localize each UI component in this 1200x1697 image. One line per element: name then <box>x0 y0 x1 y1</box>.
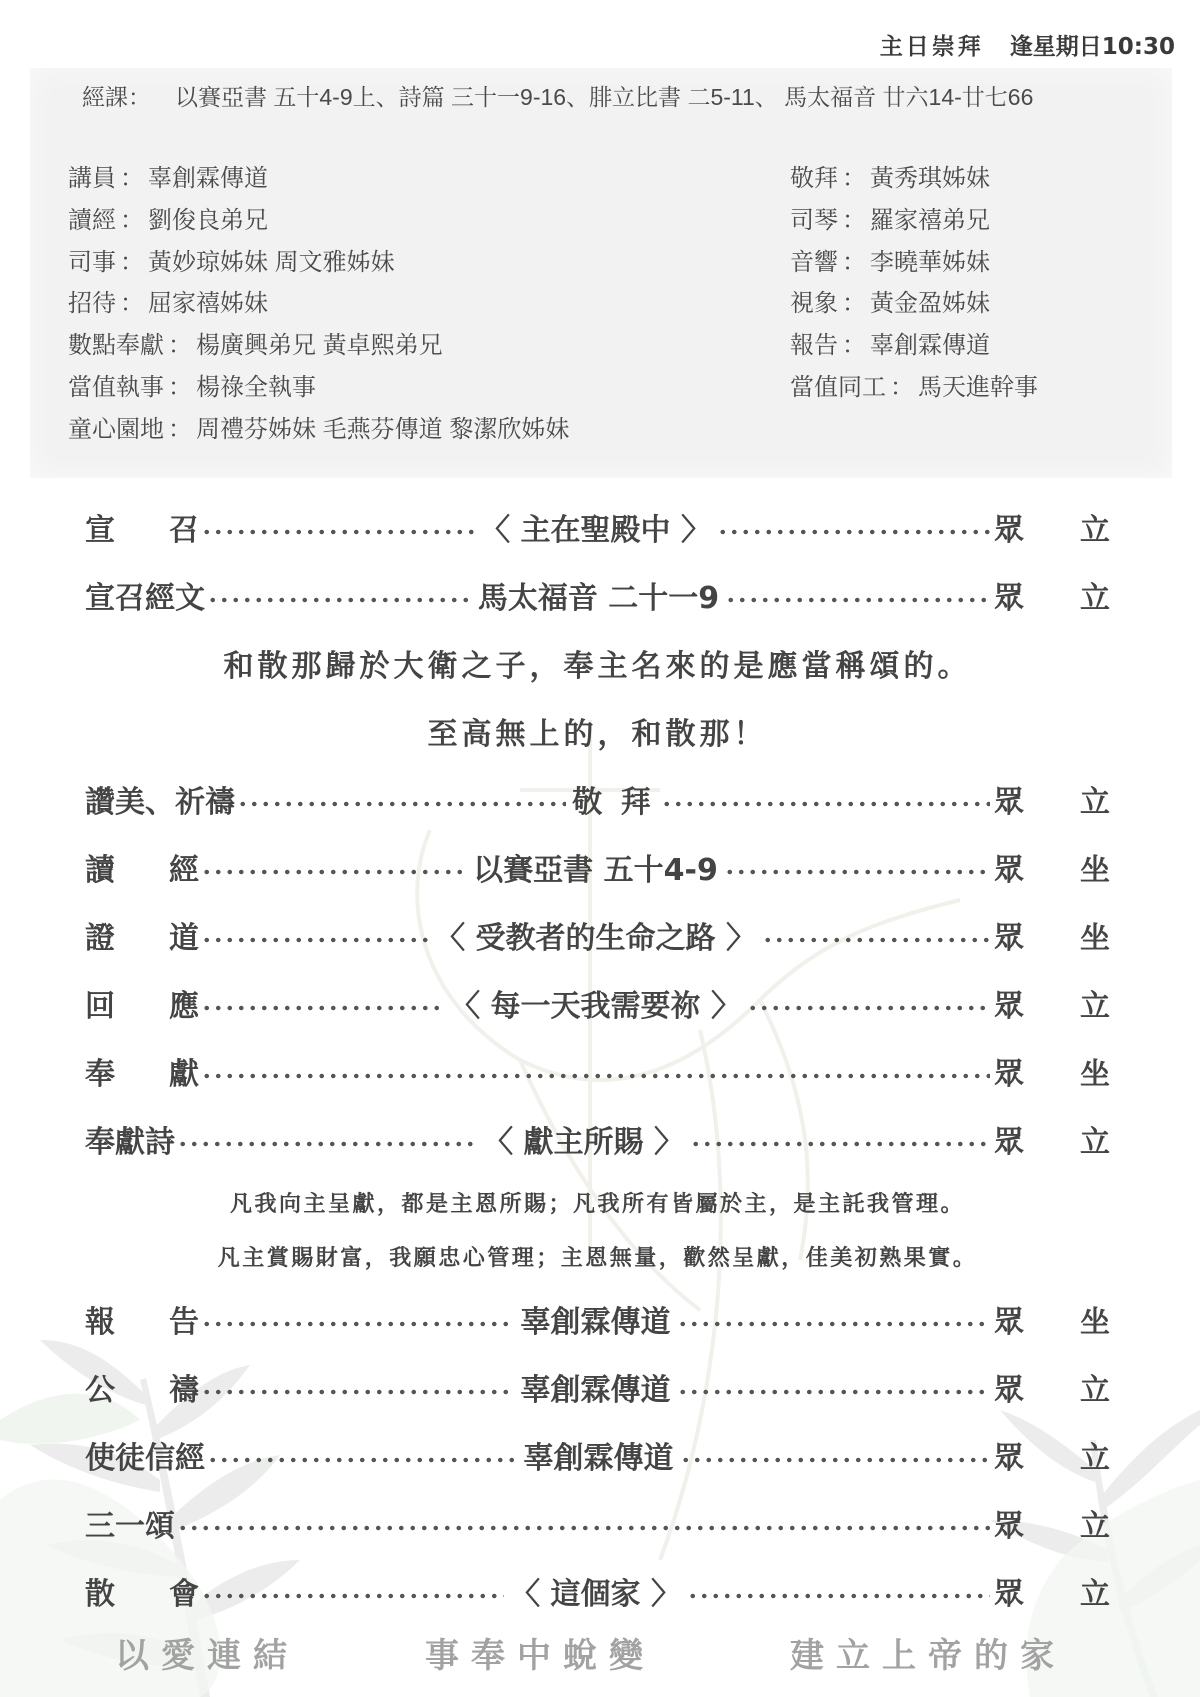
role-separator: ： <box>842 290 866 317</box>
item-label: 使徒信經 <box>85 1433 205 1477</box>
roles-right-column: 敬拜：黃秀琪姊妹 司琴：羅家禧弟兄 音響：李曉華姊妹 視象：黃金盈姊妹 報告：辜… <box>790 162 1038 413</box>
role-row: 視象：黃金盈姊妹 <box>790 287 1038 329</box>
leader-dots <box>677 1320 991 1328</box>
service-item-scripture-reading: 讀經 以賽亞書 五十4-9 眾坐 <box>85 845 1110 889</box>
service-item-offertory-hymn: 奉獻詩 〈 獻主所賜 〉 眾立 <box>85 1117 1110 1161</box>
leader-dots <box>201 1320 515 1328</box>
roles-left-column: 講員：辜創霖傳道 讀經：劉俊良弟兄 司事：黃妙琼姊妹 周文雅姊妹 招待：屈家禧姊… <box>68 162 569 455</box>
item-detail: 以賽亞書 五十4-9 <box>469 845 722 889</box>
leader-dots <box>725 596 990 604</box>
item-label: 三一頌 <box>85 1501 175 1545</box>
leader-dots <box>747 1004 990 1012</box>
role-label: 司事 <box>68 249 116 276</box>
leader-dots <box>201 936 429 944</box>
service-schedule: 逢星期日10:30 <box>1010 34 1175 60</box>
service-item-doxology: 三一頌 眾立 <box>85 1501 1110 1545</box>
role-separator: ： <box>120 165 144 192</box>
offertory-lyrics-line: 凡我向主呈獻，都是主恩所賜；凡我所有皆屬於主，是主託我管理。 <box>85 1187 1110 1218</box>
role-label: 司琴 <box>790 207 838 234</box>
item-label: 宣召 <box>85 505 199 549</box>
role-separator: ： <box>842 332 866 359</box>
role-names: 屈家禧姊妹 <box>148 290 268 317</box>
leader-dots <box>207 1456 518 1464</box>
role-label: 音響 <box>790 249 838 276</box>
leader-dots <box>661 800 990 808</box>
leader-dots <box>177 1140 477 1148</box>
item-detail: 〈 這個家 〉 <box>506 1569 685 1613</box>
role-label: 視象 <box>790 290 838 317</box>
congregation-posture: 眾立 <box>992 1365 1110 1409</box>
service-title: 主日崇拜 <box>880 34 984 60</box>
item-label: 讀經 <box>85 845 199 889</box>
item-detail: 馬太福音 二十一9 <box>474 573 723 617</box>
leader-dots <box>680 1456 991 1464</box>
item-label: 奉獻 <box>85 1049 199 1093</box>
service-item-call-to-worship: 宣召 〈 主在聖殿中 〉 眾立 <box>85 505 1110 549</box>
leader-dots <box>201 1072 990 1080</box>
item-detail: 〈 獻主所賜 〉 <box>479 1117 688 1161</box>
item-detail: 〈 受教者的生命之路 〉 <box>431 913 760 957</box>
role-separator: ： <box>120 249 144 276</box>
leader-dots <box>201 1592 504 1600</box>
congregation-posture: 眾立 <box>992 1117 1110 1161</box>
leader-dots <box>201 528 474 536</box>
scripture-readings: 經課：以賽亞書 五十4-9上、詩篇 三十一9-16、腓立比書 二5-11、 馬太… <box>82 79 1033 112</box>
service-item-benediction: 散會 〈 這個家 〉 眾立 <box>85 1569 1110 1613</box>
leader-dots <box>724 868 990 876</box>
role-names: 辜創霖傳道 <box>870 332 990 359</box>
service-item-pastoral-prayer: 公禱 辜創霖傳道 眾立 <box>85 1365 1110 1409</box>
role-names: 劉俊良弟兄 <box>148 207 268 234</box>
service-item-call-scripture: 宣召經文 馬太福音 二十一9 眾立 <box>85 573 1110 617</box>
congregation-posture: 眾立 <box>992 981 1110 1025</box>
role-row: 講員：辜創霖傳道 <box>68 162 569 204</box>
leader-dots <box>687 1592 990 1600</box>
congregation-posture: 眾坐 <box>992 1049 1110 1093</box>
role-label: 招待 <box>68 290 116 317</box>
congregation-posture: 眾立 <box>992 573 1110 617</box>
role-names: 黃妙琼姊妹 周文雅姊妹 <box>148 249 395 276</box>
leader-dots <box>237 800 566 808</box>
role-row: 招待：屈家禧姊妹 <box>68 287 569 329</box>
item-label: 公禱 <box>85 1365 199 1409</box>
leader-dots <box>201 868 467 876</box>
role-row: 司琴：羅家禧弟兄 <box>790 204 1038 246</box>
role-names: 馬天進幹事 <box>918 374 1038 401</box>
item-label: 讚美、祈禱 <box>85 777 235 821</box>
role-label: 敬拜 <box>790 165 838 192</box>
role-label: 童心園地 <box>68 416 164 443</box>
role-separator: ： <box>842 249 866 276</box>
item-detail: 辜創霖傳道 <box>517 1365 675 1409</box>
role-separator: ： <box>890 374 914 401</box>
role-separator: ： <box>842 207 866 234</box>
item-detail: 〈 每一天我需要祢 〉 <box>446 981 745 1025</box>
item-label: 奉獻詩 <box>85 1117 175 1161</box>
item-label: 回應 <box>85 981 199 1025</box>
role-row: 當值執事：楊祿全執事 <box>68 371 569 413</box>
service-item-sermon: 證道 〈 受教者的生命之路 〉 眾坐 <box>85 913 1110 957</box>
item-detail: 〈 主在聖殿中 〉 <box>476 505 715 549</box>
role-row: 數點奉獻：楊廣興弟兄 黃卓熙弟兄 <box>68 329 569 371</box>
congregation-posture: 眾立 <box>992 777 1110 821</box>
role-separator: ： <box>168 374 192 401</box>
congregation-posture: 眾坐 <box>992 913 1110 957</box>
role-label: 讀經 <box>68 207 116 234</box>
role-row: 音響：李曉華姊妹 <box>790 246 1038 288</box>
role-row: 敬拜：黃秀琪姊妹 <box>790 162 1038 204</box>
service-item-offering: 奉獻 眾坐 <box>85 1049 1110 1093</box>
role-label: 報告 <box>790 332 838 359</box>
item-label: 證道 <box>85 913 199 957</box>
role-separator: ： <box>120 207 144 234</box>
role-names: 楊廣興弟兄 黃卓熙弟兄 <box>196 332 443 359</box>
item-detail: 敬 拜 <box>568 777 658 821</box>
leader-dots <box>201 1388 515 1396</box>
service-header: 主日崇拜逢星期日10:30 <box>880 28 1175 61</box>
role-names: 黃金盈姊妹 <box>870 290 990 317</box>
call-verse-line: 至高無上的，和散那！ <box>85 709 1110 753</box>
role-separator: ： <box>120 290 144 317</box>
item-label: 宣召經文 <box>85 573 205 617</box>
service-item-praise-prayer: 讚美、祈禱 敬 拜 眾立 <box>85 777 1110 821</box>
role-row: 讀經：劉俊良弟兄 <box>68 204 569 246</box>
role-names: 周禮芬姊妹 毛燕芬傳道 黎潔欣姊妹 <box>196 416 569 443</box>
role-label: 當值同工 <box>790 374 886 401</box>
role-names: 楊祿全執事 <box>196 374 316 401</box>
congregation-posture: 眾立 <box>992 1433 1110 1477</box>
role-names: 李曉華姊妹 <box>870 249 990 276</box>
role-label: 當值執事 <box>68 374 164 401</box>
item-label: 散會 <box>85 1569 199 1613</box>
role-names: 辜創霖傳道 <box>148 165 268 192</box>
role-separator: ： <box>168 416 192 443</box>
congregation-posture: 眾立 <box>992 1501 1110 1545</box>
motto-phrase: 建立上帝的家 <box>790 1628 1066 1677</box>
item-label: 報告 <box>85 1297 199 1341</box>
service-item-apostles-creed: 使徒信經 辜創霖傳道 眾立 <box>85 1433 1110 1477</box>
role-names: 黃秀琪姊妹 <box>870 165 990 192</box>
role-row: 報告：辜創霖傳道 <box>790 329 1038 371</box>
role-row: 童心園地：周禮芬姊妹 毛燕芬傳道 黎潔欣姊妹 <box>68 413 569 455</box>
leader-dots <box>690 1140 990 1148</box>
call-verse-line: 和散那歸於大衛之子，奉主名來的是應當稱頌的。 <box>85 641 1110 685</box>
role-names: 羅家禧弟兄 <box>870 207 990 234</box>
role-separator: ： <box>168 332 192 359</box>
leader-dots <box>762 936 990 944</box>
scripture-label: 經課： <box>82 84 151 110</box>
item-detail: 辜創霖傳道 <box>520 1433 678 1477</box>
role-row: 當值同工：馬天進幹事 <box>790 371 1038 413</box>
congregation-posture: 眾坐 <box>992 845 1110 889</box>
role-separator: ： <box>842 165 866 192</box>
item-detail: 辜創霖傳道 <box>517 1297 675 1341</box>
motto-phrase: 事奉中蛻變 <box>425 1628 655 1677</box>
service-item-response: 回應 〈 每一天我需要祢 〉 眾立 <box>85 981 1110 1025</box>
congregation-posture: 眾立 <box>992 505 1110 549</box>
leader-dots <box>677 1388 991 1396</box>
leader-dots <box>207 596 472 604</box>
role-label: 數點奉獻 <box>68 332 164 359</box>
role-label: 講員 <box>68 165 116 192</box>
service-item-announcements: 報告 辜創霖傳道 眾坐 <box>85 1297 1110 1341</box>
role-row: 司事：黃妙琼姊妹 周文雅姊妹 <box>68 246 569 288</box>
offertory-lyrics-line: 凡主賞賜財富，我願忠心管理；主恩無量，歡然呈獻，佳美初熟果實。 <box>85 1241 1110 1272</box>
motto-phrase: 以愛連結 <box>115 1628 299 1677</box>
congregation-posture: 眾立 <box>992 1569 1110 1613</box>
leader-dots <box>177 1524 990 1532</box>
leader-dots <box>717 528 990 536</box>
scripture-text: 以賽亞書 五十4-9上、詩篇 三十一9-16、腓立比書 二5-11、 馬太福音 … <box>175 84 1033 110</box>
congregation-posture: 眾坐 <box>992 1297 1110 1341</box>
leader-dots <box>201 1004 444 1012</box>
